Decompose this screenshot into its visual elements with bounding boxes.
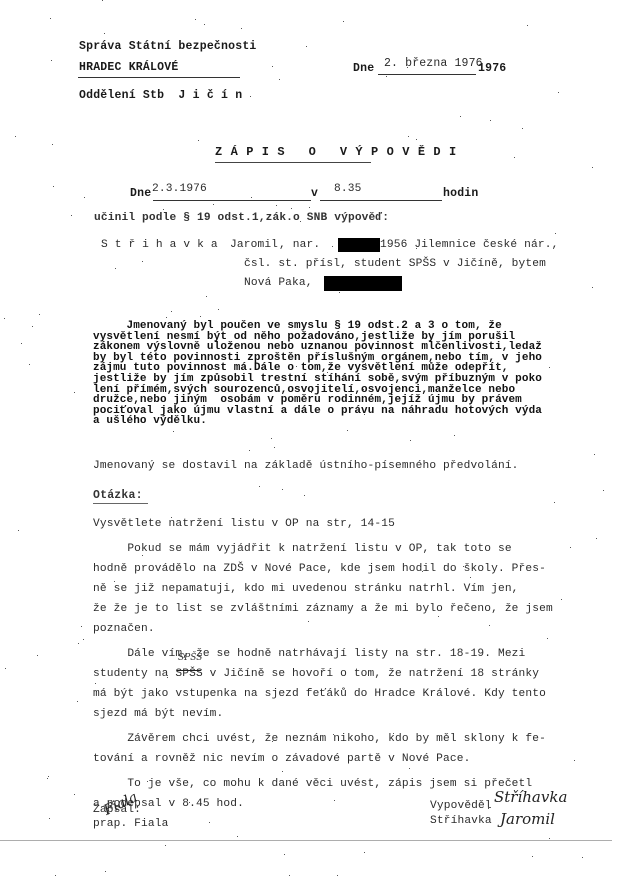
header-date-underline — [378, 74, 476, 75]
speck — [407, 67, 408, 68]
speck — [404, 346, 405, 347]
speck — [364, 414, 365, 415]
speck — [142, 555, 143, 556]
speck — [596, 538, 597, 539]
speck — [332, 246, 333, 247]
speck — [104, 33, 105, 34]
speck — [549, 838, 550, 839]
speck — [142, 261, 143, 262]
speck — [147, 781, 148, 782]
speck — [48, 776, 49, 777]
speck — [198, 140, 199, 141]
speck — [532, 856, 533, 857]
speck — [166, 317, 167, 318]
speck — [460, 116, 461, 117]
speck — [272, 741, 273, 742]
speck — [163, 209, 164, 210]
speck — [279, 79, 280, 80]
speck — [289, 875, 290, 876]
speck — [308, 621, 309, 622]
speck — [561, 599, 562, 600]
speck — [102, 0, 103, 1]
speck — [527, 25, 528, 26]
speck — [213, 368, 214, 369]
speck — [309, 207, 310, 208]
witness-birth-label: , nar. — [279, 239, 320, 251]
redaction-address — [324, 276, 402, 291]
testified-signature-surname: Stříhavka — [494, 788, 567, 806]
redaction-birthdate — [338, 238, 380, 252]
speck — [274, 447, 275, 448]
bottom-rule — [0, 840, 612, 841]
speck — [555, 233, 556, 234]
handwritten-insert: SPŠS — [178, 653, 202, 663]
speck — [259, 486, 260, 487]
speck — [419, 149, 420, 150]
speck — [37, 655, 38, 656]
speck — [171, 517, 172, 518]
speck — [109, 44, 110, 45]
answer-line: Závěrem chci uvést, že neznám nikoho, kd… — [93, 733, 546, 745]
speck — [282, 489, 283, 490]
speck — [171, 311, 172, 312]
speck — [71, 215, 72, 216]
speck — [438, 616, 439, 617]
speck — [218, 309, 219, 310]
speck — [167, 677, 168, 678]
legal-basis-line: učinil podle § 19 odst.1,zák.o SNB výpov… — [94, 212, 389, 224]
witness-first-name: Jaromil — [230, 239, 278, 251]
speck — [339, 292, 340, 293]
speck — [272, 333, 273, 334]
speck — [200, 316, 201, 317]
speck — [74, 392, 75, 393]
speck — [337, 875, 338, 876]
speck — [5, 668, 6, 669]
speck — [142, 734, 143, 735]
speck — [32, 326, 33, 327]
speck — [425, 651, 426, 652]
speck — [114, 581, 115, 582]
witness-birth-place: 1956 Jilemnice české nár., — [380, 239, 558, 251]
speck — [272, 66, 273, 67]
speck — [78, 643, 79, 644]
speck — [603, 490, 604, 491]
speck — [105, 871, 106, 872]
speck — [49, 818, 50, 819]
answer-line: Pokud se mám vyjádřit k natržení listu v… — [93, 543, 512, 555]
header-divider — [78, 77, 240, 78]
speck — [490, 120, 491, 121]
speck — [165, 845, 166, 846]
header-date-year-stamp: 1976 — [478, 62, 506, 75]
answer-line: má být jako vstupenka na sjezd feťáků do… — [93, 688, 546, 700]
speck — [133, 347, 134, 348]
speck — [124, 466, 125, 467]
speck — [279, 388, 280, 389]
speck — [276, 205, 277, 206]
speck — [327, 372, 328, 373]
speck — [279, 653, 280, 654]
answer-line: hodně provádělo na ZDŠ v Nové Pace, kde … — [93, 563, 546, 575]
speck — [204, 24, 205, 25]
speck — [422, 571, 423, 572]
speck — [95, 683, 96, 684]
speck — [363, 389, 364, 390]
session-time-suffix: hodin — [443, 187, 479, 200]
speck — [251, 197, 252, 198]
speck — [554, 502, 555, 503]
speck — [291, 208, 292, 209]
header-date-label: Dne — [353, 62, 374, 75]
answer-line: tování a rovněž nic nevím o závadové par… — [93, 753, 471, 765]
speck — [497, 364, 498, 365]
speck — [416, 248, 417, 249]
speck — [343, 21, 344, 22]
speck — [271, 438, 272, 439]
speck — [409, 768, 410, 769]
session-date-underline — [153, 200, 311, 201]
speck — [47, 778, 48, 779]
speck — [371, 349, 372, 350]
strikethrough-mark — [177, 670, 201, 671]
speck — [189, 802, 190, 803]
speck — [284, 854, 285, 855]
testified-by-name: Stříhavka — [430, 815, 492, 827]
speck — [195, 19, 196, 20]
org-city: HRADEC KRÁLOVÉ — [79, 61, 178, 74]
testified-by-label: Vypověděl — [430, 800, 492, 812]
question-text: Vysvětlete natržení listu v OP na str, 1… — [93, 518, 395, 530]
speck — [144, 654, 145, 655]
speck — [393, 733, 394, 734]
speck — [488, 808, 489, 809]
speck — [306, 46, 307, 47]
witness-residence-label: Nová Paka, — [244, 277, 313, 289]
speck — [50, 18, 51, 19]
speck — [83, 639, 84, 640]
speck — [408, 136, 409, 137]
speck — [465, 691, 466, 692]
document-title: Z Á P I S O V Ý P O V Ě D I — [215, 145, 457, 159]
speck — [574, 760, 575, 761]
speck — [416, 139, 417, 140]
speck — [334, 800, 335, 801]
speck — [15, 136, 16, 137]
speck — [300, 221, 301, 222]
speck — [522, 128, 523, 129]
speck — [373, 355, 374, 356]
recorded-by-name: prap. Fiala — [93, 818, 169, 830]
speck — [51, 60, 52, 61]
testified-signature-firstname: Jaromil — [500, 810, 555, 828]
speck — [463, 566, 464, 567]
speck — [311, 392, 312, 393]
header-date-value: 2. března 1976 — [384, 57, 483, 70]
speck — [77, 701, 78, 702]
speck — [84, 197, 85, 198]
speck — [470, 577, 471, 578]
speck — [570, 547, 571, 548]
speck — [21, 343, 22, 344]
answer-line: že že je to list se zvláštními záznamy a… — [93, 603, 553, 615]
answer-line: Dále vím, že se hodně natrhávají listy n… — [93, 648, 525, 660]
speck — [4, 318, 5, 319]
speck — [386, 76, 387, 77]
title-underline — [215, 162, 371, 163]
speck — [444, 565, 445, 566]
speck — [249, 450, 250, 451]
witness-surname: S t ř i h a v k a — [101, 239, 218, 251]
speck — [53, 186, 54, 187]
answer-line: To je vše, co mohu k dané věci uvést, zá… — [93, 778, 532, 790]
session-date-label: Dne — [130, 187, 151, 200]
department: Oddělení Stb J i č í n — [79, 89, 242, 102]
speck — [594, 454, 595, 455]
speck — [39, 314, 40, 315]
speck — [592, 167, 593, 168]
speck — [365, 363, 366, 364]
speck — [115, 268, 116, 269]
speck — [250, 96, 251, 97]
answer-line: sjezd má být nevím. — [93, 708, 223, 720]
witness-status: čsl. st. přísl, student SPŠS v Jičíně, b… — [244, 258, 546, 270]
speck — [209, 822, 210, 823]
speck — [333, 734, 334, 735]
session-time-underline — [320, 200, 442, 201]
speck — [489, 625, 490, 626]
answer-line: poznačen. — [93, 623, 155, 635]
answer-line: ně se již nepamatuji, kdo mi uvedenou st… — [93, 583, 519, 595]
session-time-prefix: v — [311, 187, 318, 200]
speck — [241, 28, 242, 29]
speck — [74, 794, 75, 795]
speck — [237, 836, 238, 837]
speck — [52, 144, 53, 145]
speck — [213, 204, 214, 205]
speck — [347, 430, 348, 431]
speck — [29, 364, 30, 365]
speck — [81, 626, 82, 627]
speck — [558, 92, 559, 93]
speck — [55, 875, 56, 876]
speck — [410, 440, 411, 441]
instruction-line: a ušlého výdělku. — [93, 415, 207, 427]
speck — [304, 495, 305, 496]
speck — [173, 431, 174, 432]
session-time-value: 8.35 — [334, 183, 361, 195]
org-name: Správa Státní bezpečnosti — [79, 40, 257, 53]
speck — [282, 771, 283, 772]
answer-line: studenty na SPŠS v Jičíně se hovoří o to… — [93, 668, 539, 680]
speck — [364, 852, 365, 853]
speck — [582, 857, 583, 858]
speck — [454, 435, 455, 436]
speck — [18, 530, 19, 531]
speck — [549, 367, 550, 368]
session-date-value: 2.3.1976 — [152, 183, 207, 195]
speck — [547, 638, 548, 639]
speck — [514, 157, 515, 158]
summons-line: Jmenovaný se dostavil na základě ústního… — [93, 460, 519, 472]
question-label: Otázka: — [93, 489, 143, 502]
speck — [296, 366, 297, 367]
speck — [206, 296, 207, 297]
question-label-underline — [93, 503, 148, 504]
speck — [176, 690, 177, 691]
speck — [592, 287, 593, 288]
